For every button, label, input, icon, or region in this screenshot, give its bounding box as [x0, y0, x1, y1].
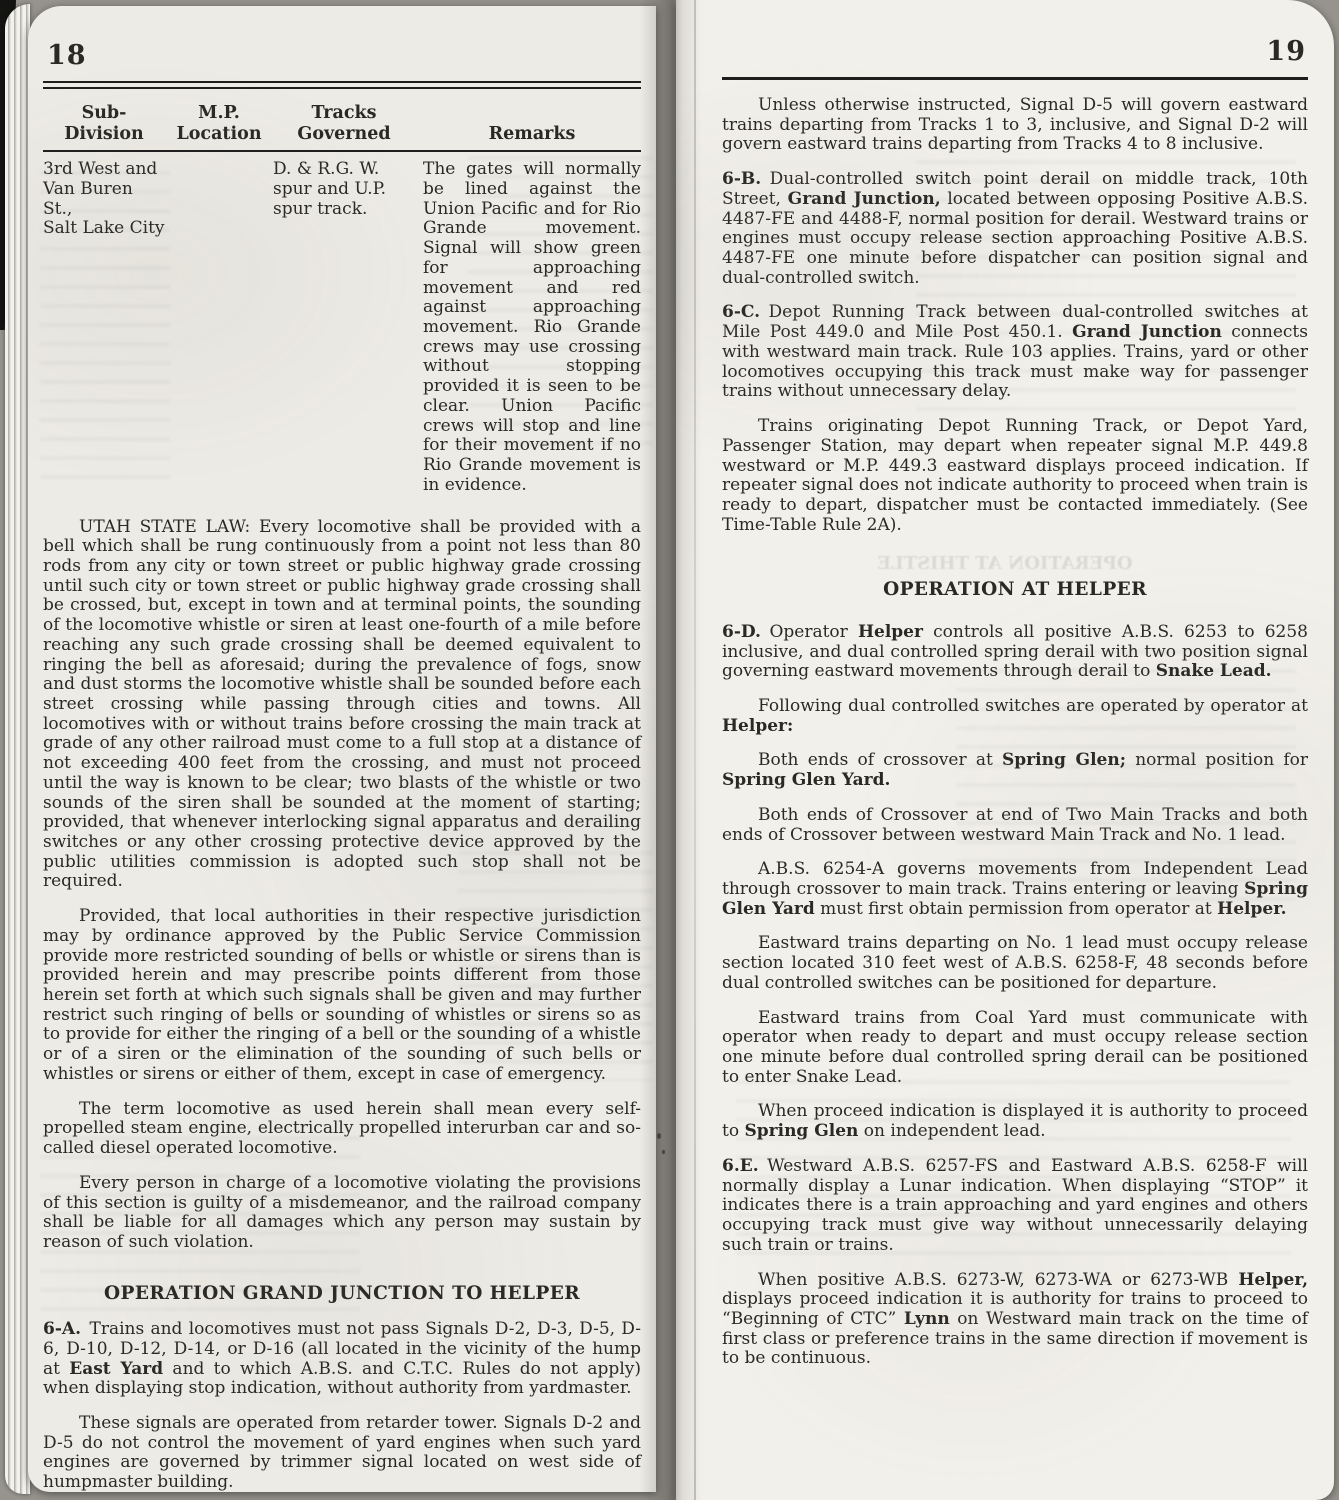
ink-speck — [662, 1150, 665, 1154]
paragraph: Trains originating Depot Running Track, … — [722, 417, 1308, 535]
paragraph: Every person in charge of a locomotive v… — [43, 1174, 641, 1253]
cell-sub-division: 3rd West and Van Buren St., Salt Lake Ci… — [43, 160, 165, 495]
paragraph: 6-B. Dual-controlled switch point derail… — [722, 170, 1308, 288]
paragraph: UTAH STATE LAW: Every locomotive shall b… — [43, 518, 641, 893]
paragraph: These signals are operated from retarder… — [43, 1414, 641, 1493]
paragraph: Eastward trains departing on No. 1 lead … — [722, 934, 1308, 993]
column-header-sub-division: Sub- Division — [43, 103, 165, 148]
paragraph: Eastward trains from Coal Yard must comm… — [722, 1009, 1308, 1088]
right-text-flow: Unless otherwise instructed, Signal D-5 … — [722, 96, 1308, 1369]
paragraph: Both ends of Crossover at end of Two Mai… — [722, 806, 1308, 845]
section-heading: OPERATION GRAND JUNCTION TO HELPER — [43, 1283, 641, 1304]
paragraph: Following dual controlled switches are o… — [722, 697, 1308, 736]
paragraph: Unless otherwise instructed, Signal D-5 … — [722, 96, 1308, 155]
table-header-rule — [43, 150, 641, 152]
page-number: 18 — [47, 40, 641, 71]
paragraph: 6.E. Westward A.B.S. 6257-FS and Eastwar… — [722, 1157, 1308, 1256]
cell-tracks-governed: D. & R.G. W. spur and U.P. spur track. — [273, 160, 415, 495]
paragraph: When positive A.B.S. 6273-W, 6273-WA or … — [722, 1271, 1308, 1370]
paragraph: When proceed indication is displayed it … — [722, 1102, 1308, 1141]
section-heading: OPERATION AT HELPER — [722, 579, 1308, 600]
left-text-flow: UTAH STATE LAW: Every locomotive shall b… — [43, 518, 641, 1493]
page-rule — [43, 81, 641, 89]
paragraph: Both ends of crossover at Spring Glen; n… — [722, 751, 1308, 790]
right-page: OPERATION AT THISTLE 19 Unless otherwise… — [676, 0, 1334, 1500]
stacked-page-edges — [5, 4, 30, 1494]
paragraph: A.B.S. 6254-A governs movements from Ind… — [722, 860, 1308, 919]
column-header-tracks-governed: Tracks Governed — [273, 103, 415, 148]
paragraph: Provided, that local authorities in thei… — [43, 907, 641, 1084]
paragraph: 6-D. Operator Helper controls all positi… — [722, 623, 1308, 682]
ink-speck — [657, 1133, 661, 1139]
column-header-remarks: Remarks — [423, 124, 641, 149]
cell-mp-location — [173, 160, 265, 495]
page-number: 19 — [722, 36, 1306, 67]
page-rule — [722, 77, 1308, 80]
book-spread: 18 Sub- Division M.P. Location Tracks Go… — [0, 0, 1339, 1500]
paragraph: 6-C. Depot Running Track between dual-co… — [722, 303, 1308, 402]
cell-remarks: The gates will normally be lined against… — [423, 160, 641, 495]
paragraph: The term locomotive as used herein shall… — [43, 1100, 641, 1159]
left-page: 18 Sub- Division M.P. Location Tracks Go… — [28, 6, 656, 1492]
column-header-mp-location: M.P. Location — [173, 103, 265, 148]
paragraph: 6-A. Trains and locomotives must not pas… — [43, 1320, 641, 1399]
signals-table: Sub- Division M.P. Location Tracks Gover… — [43, 103, 641, 496]
